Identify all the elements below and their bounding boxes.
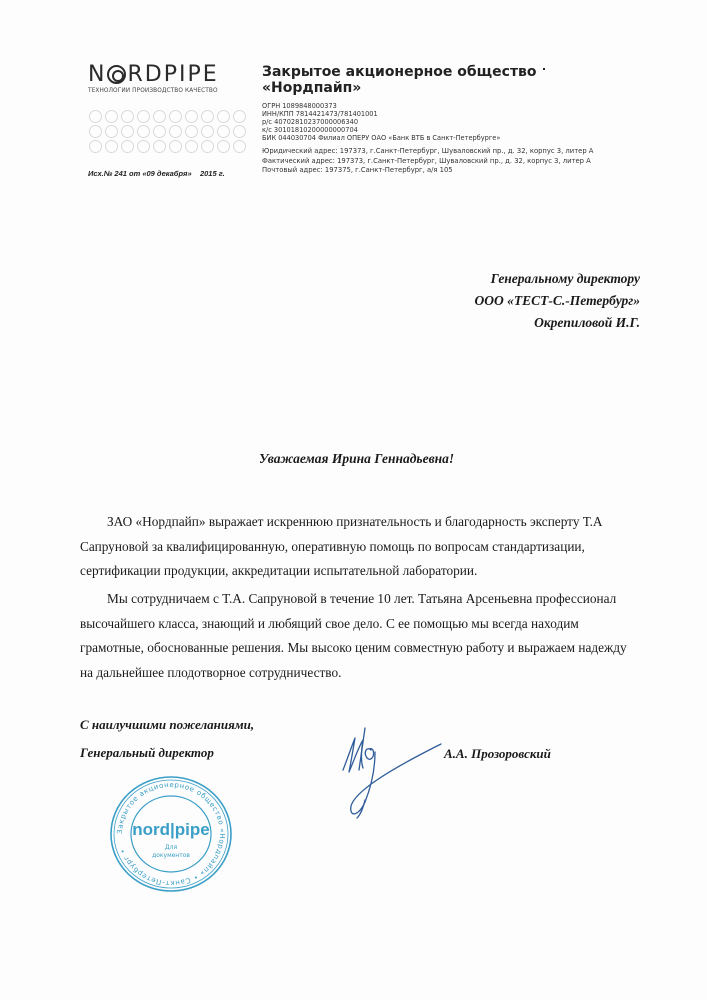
circle-icon (137, 110, 150, 123)
circle-icon (217, 125, 230, 138)
addressee-block: Генеральному директору ООО «ТЕСТ-С.-Пете… (475, 268, 640, 334)
stamp-line-1: Для (165, 844, 178, 851)
addressee-position: Генеральному директору (475, 268, 640, 290)
legal-address: Юридический адрес: 197373, г.Санкт-Петер… (262, 147, 593, 157)
circle-icon (217, 110, 230, 123)
handwritten-signature-icon (335, 722, 455, 822)
circle-icon (201, 110, 214, 123)
outgoing-reference: Исх.№ 241 от «09 декабря» 2015 г. (88, 169, 225, 178)
circle-icon (105, 125, 118, 138)
addressee-name: Окрепиловой И.Г. (475, 312, 640, 334)
closing-block: С наилучшими пожеланиями, Генеральный ди… (80, 711, 254, 767)
circle-icon (121, 140, 134, 153)
company-title-line1: Закрытое акционерное общество (262, 64, 593, 80)
circle-icon (169, 110, 182, 123)
inn-kpp: ИНН/КПП 7814421473/781401001 (262, 110, 593, 118)
circle-icon (233, 125, 246, 138)
bik-bank: БИК 044030704 Филиал ОПЕРУ ОАО «Банк ВТБ… (262, 134, 593, 142)
circle-icon (137, 140, 150, 153)
circle-icon (121, 110, 134, 123)
company-details: ОГРН 1089848000373 ИНН/КПП 7814421473/78… (262, 102, 593, 142)
circle-icon (89, 110, 102, 123)
company-stamp: Закрытое акционерное общество «Нордпайп»… (108, 775, 234, 893)
circle-icon (105, 110, 118, 123)
signer-name: А.А. Прозоровский (444, 746, 551, 762)
logo-letter-n: N (88, 62, 106, 87)
circle-icon (153, 110, 166, 123)
circle-icon (185, 140, 198, 153)
company-block: Закрытое акционерное общество «Нордпайп»… (262, 64, 593, 176)
circle-icon (153, 125, 166, 138)
circle-icon (137, 125, 150, 138)
paragraph-1-text: ЗАО «Нордпайп» выражает искреннюю призна… (80, 514, 603, 578)
circle-icon (89, 125, 102, 138)
settlement-account: р/с 40702810237000006340 (262, 118, 593, 126)
circle-icon (201, 125, 214, 138)
decorative-dot-grid (89, 110, 249, 155)
actual-address: Фактический адрес: 197373, г.Санкт-Петер… (262, 157, 593, 167)
scan-speck (543, 68, 545, 70)
signer-position: Генеральный директор (80, 739, 254, 767)
circle-icon (217, 140, 230, 153)
stamp-line-2: документов (152, 852, 190, 859)
circle-icon (153, 140, 166, 153)
circle-icon (89, 140, 102, 153)
circle-icon (121, 125, 134, 138)
logo-tagline: ТЕХНОЛОГИИ ПРОИЗВОДСТВО КАЧЕСТВО (88, 88, 219, 94)
company-addresses: Юридический адрес: 197373, г.Санкт-Петер… (262, 147, 593, 176)
correspondent-account: к/с 30101810200000000704 (262, 126, 593, 134)
circle-icon (185, 110, 198, 123)
addressee-company: ООО «ТЕСТ-С.-Петербург» (475, 290, 640, 312)
circle-icon (169, 125, 182, 138)
circle-icon (105, 140, 118, 153)
body-paragraph-2: Мы сотрудничаем с Т.А. Сапруновой в тече… (80, 587, 640, 685)
stamp-logo: nord|pipe (132, 820, 209, 839)
nordpipe-logo: N RDPIPE ТЕХНОЛОГИИ ПРОИЗВОДСТВО КАЧЕСТВ… (88, 62, 219, 94)
letter-page: N RDPIPE ТЕХНОЛОГИИ ПРОИЗВОДСТВО КАЧЕСТВ… (0, 0, 707, 1000)
circle-icon (169, 140, 182, 153)
circle-icon (233, 110, 246, 123)
salutation: Уважаемая Ирина Геннадьевна! (259, 451, 454, 467)
circle-icon (201, 140, 214, 153)
company-title-line2: «Нордпайп» (262, 80, 593, 96)
body-paragraph-1: ЗАО «Нордпайп» выражает искреннюю призна… (80, 510, 640, 584)
postal-address: Почтовый адрес: 197375, г.Санкт-Петербур… (262, 166, 593, 176)
circle-icon (233, 140, 246, 153)
logo-letters-rest: RDPIPE (127, 62, 218, 87)
logo-wordmark: N RDPIPE (88, 62, 219, 87)
logo-target-icon (107, 65, 126, 84)
circle-icon (185, 125, 198, 138)
ogrn: ОГРН 1089848000373 (262, 102, 593, 110)
paragraph-2-text: Мы сотрудничаем с Т.А. Сапруновой в тече… (80, 591, 627, 680)
closing-wishes: С наилучшими пожеланиями, (80, 711, 254, 739)
